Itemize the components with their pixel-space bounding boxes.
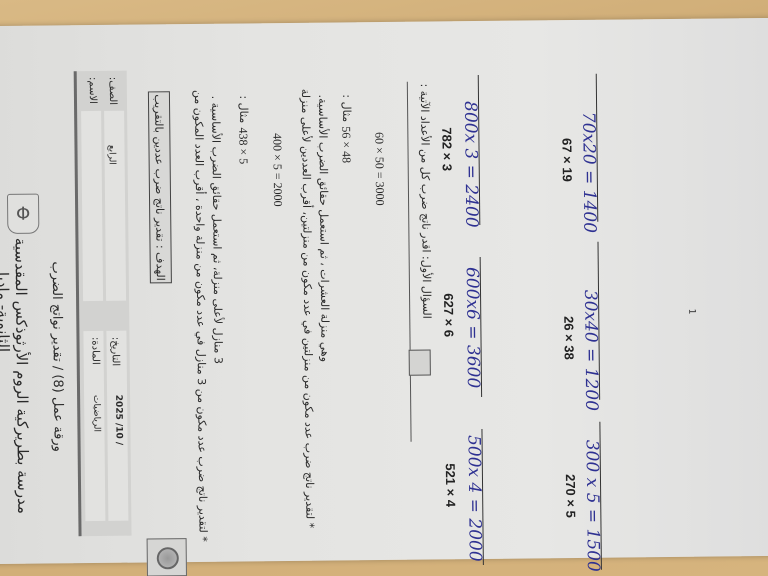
rule1-example-solution: 400 × 5 = 2000 (269, 133, 285, 207)
question-title: السؤال الأول: اقدر ناتج ضرب كل من الأعدا… (418, 83, 433, 318)
subject-value: الرياضيات (91, 395, 101, 432)
date-value: 2025 /10 / (113, 395, 124, 446)
section-divider (407, 82, 412, 442)
class-label: الصف: (107, 77, 118, 105)
rule1-line2: 3 منازل لأعلى منزلة، ثم استعمل حقائق الض… (209, 96, 225, 364)
rule2-example-problem: 56 × 48 (338, 126, 353, 163)
rule1-example-label: مثال : (237, 95, 250, 123)
school-name-line2: الثانوية- مادبا (0, 272, 13, 352)
seal-stamp-icon (147, 538, 187, 576)
worksheet-title: ورقة عمل (8) / تقدير نواتج الضرب (49, 261, 66, 452)
rule1-example-problem: 438 × 5 (235, 127, 250, 164)
page-number: 1 (686, 309, 696, 315)
student-info-table (74, 71, 132, 537)
problem-3: 521 × 4 (443, 463, 458, 507)
problem-4: 67 × 19 (559, 138, 574, 182)
problem-1: 782 × 3 (439, 127, 454, 171)
name-label: الاسم: (87, 77, 98, 104)
rule2-example-label: مثال : (340, 94, 353, 122)
goal-text: الهدف : تقدير ناتج ضرب عددين بالتقريب (152, 94, 167, 281)
problem-6: 270 × 5 (563, 474, 578, 518)
rule2-line1: * لتقدير ناتج ضرب عدد مكون من منزلتين في… (299, 89, 317, 529)
worksheet-page: Φ مدرسة بطريركية الروم الأرثوذكس المقدسي… (0, 18, 768, 564)
subject-label: المادة: (89, 337, 100, 365)
problem-2: 627 × 6 (441, 293, 456, 337)
problem-5: 26 × 38 (561, 316, 576, 360)
rule1-line1: * لتقدير ناتج ضرب عدد مكون من 3 منازل في… (192, 90, 210, 542)
class-value: الرابع (106, 145, 116, 165)
school-shield-icon: Φ (7, 194, 39, 234)
school-name-line1: مدرسة بطريركية الروم الأرثوذكس المقدسية (11, 238, 32, 514)
rule2-example-solution: 60 × 50 = 3000 (371, 132, 387, 206)
date-label: التاريخ: (109, 337, 120, 366)
rule2-line2: وهي منزلة العشرات ، ثم استعمل حقائق الضر… (316, 95, 332, 363)
question-stamp-icon (409, 349, 431, 375)
